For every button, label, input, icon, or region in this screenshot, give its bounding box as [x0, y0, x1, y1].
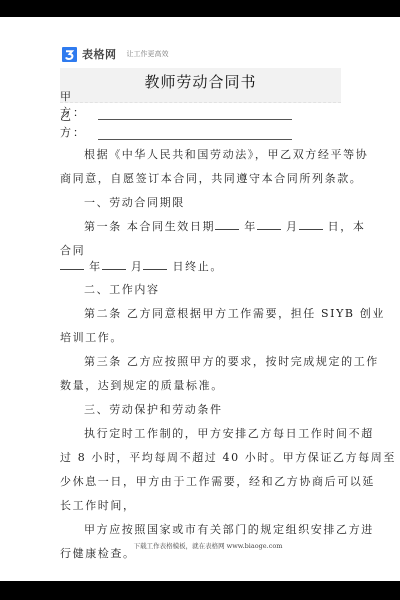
end-year-blank[interactable] [60, 260, 84, 270]
start-month-blank[interactable] [257, 220, 281, 230]
day-label: 日，本 [328, 220, 366, 233]
para-3-line-4: 长工作时间， [60, 499, 335, 513]
party-b-row: 乙 方： [60, 126, 292, 140]
party-b-blank[interactable] [98, 129, 292, 140]
title-band: 教师劳动合同书 [60, 68, 341, 103]
end-month-label: 月 [131, 260, 144, 273]
start-year-blank[interactable] [215, 220, 239, 230]
para-3-line-1: 执行定时工作制的，甲方安排乙方每日工作时间不超 [60, 427, 335, 441]
end-day-blank[interactable] [143, 260, 167, 270]
brand-logo-icon [62, 47, 77, 62]
article-2-line-2: 培训工作。 [60, 331, 335, 345]
article-2-line-1: 第二条 乙方同意根据甲方工作需要，担任 SIYB 创业 [60, 307, 335, 321]
brand-header: 表格网 让工作更高效 [62, 46, 169, 62]
para-4-line-1: 甲方应按照国家或市有关部门的规定组织安排乙方进 [60, 523, 335, 537]
article-1-line-3: 年 月 日终止。 [60, 260, 335, 274]
end-month-blank[interactable] [102, 260, 126, 270]
para-3-line-3: 少休息一日，甲方由于工作需要，经和乙方协商后可以延 [60, 475, 335, 489]
section-1-heading: 一、劳动合同期限 [60, 196, 335, 210]
article-1-text: 第一条 本合同生效日期 [84, 220, 215, 233]
footer-text: 下载工作表格模板，就在表格网 www.biaoge.com [8, 541, 400, 550]
end-day-label: 日终止。 [173, 260, 223, 273]
top-letterbox-bar [0, 0, 400, 17]
article-1-line-2: 合同 [60, 244, 335, 258]
bottom-letterbox-bar [0, 581, 400, 600]
intro-line-1: 根据《中华人民共和国劳动法》，甲乙双方经平等协 [60, 148, 335, 162]
article-3-line-1: 第三条 乙方应按照甲方的要求，按时完成规定的工作 [60, 355, 335, 369]
party-b-label: 乙 方： [60, 108, 98, 140]
brand-name: 表格网 [82, 46, 117, 62]
para-3-line-2: 过 8 小时，平均每周不超过 40 小时。甲方保证乙方每周至 [60, 451, 335, 465]
month-label: 月 [286, 220, 299, 233]
article-3-line-2: 数量，达到规定的质量标准。 [60, 379, 335, 393]
party-a-blank[interactable] [98, 109, 292, 120]
article-1-line-1: 第一条 本合同生效日期 年 月 日，本 [60, 220, 335, 234]
end-year-label: 年 [89, 260, 102, 273]
section-2-heading: 二、工作内容 [60, 283, 335, 297]
brand-slogan: 让工作更高效 [127, 49, 169, 59]
section-3-heading: 三、劳动保护和劳动条件 [60, 403, 335, 417]
document-title: 教师劳动合同书 [60, 71, 341, 92]
intro-line-2: 商同意，自愿签订本合同，共同遵守本合同所列条款。 [60, 172, 335, 186]
start-day-blank[interactable] [299, 220, 323, 230]
year-label: 年 [244, 220, 257, 233]
